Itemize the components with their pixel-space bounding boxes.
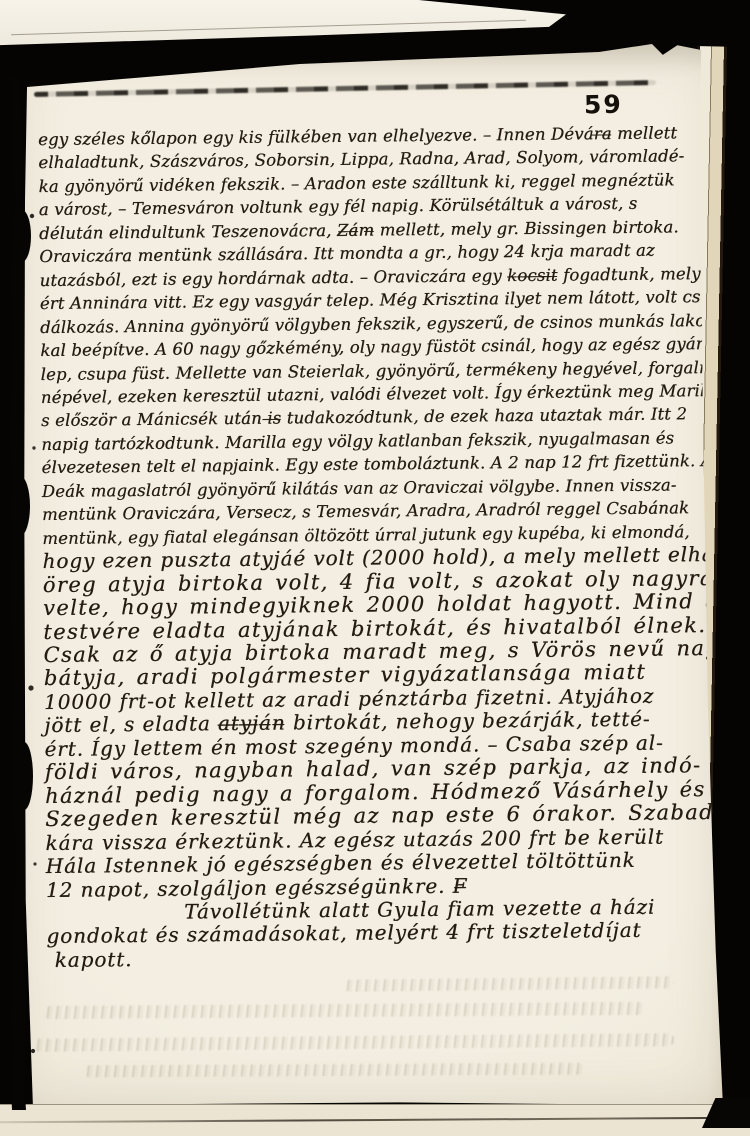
bleedthrough-ghost-writing [344,976,674,991]
handwritten-text: egy széles kőlapon egy kis fülkében van … [38,121,713,972]
top-crease-shadow [34,80,656,97]
lower-page-edge [0,1104,750,1136]
bleedthrough-ghost-writing [84,1063,584,1078]
scanned-manuscript: { "document": { "page_number": "59", "li… [0,0,750,1136]
manuscript-page: 59 egy széles kőlapon egy kis fülkében v… [4,42,728,1112]
upper-page-edge [0,0,566,48]
bleedthrough-ghost-writing [44,1002,644,1019]
page-number: 59 [584,90,623,120]
binding-gutter-shadow [0,76,40,1110]
bleedthrough-ghost-writing [34,1033,674,1052]
